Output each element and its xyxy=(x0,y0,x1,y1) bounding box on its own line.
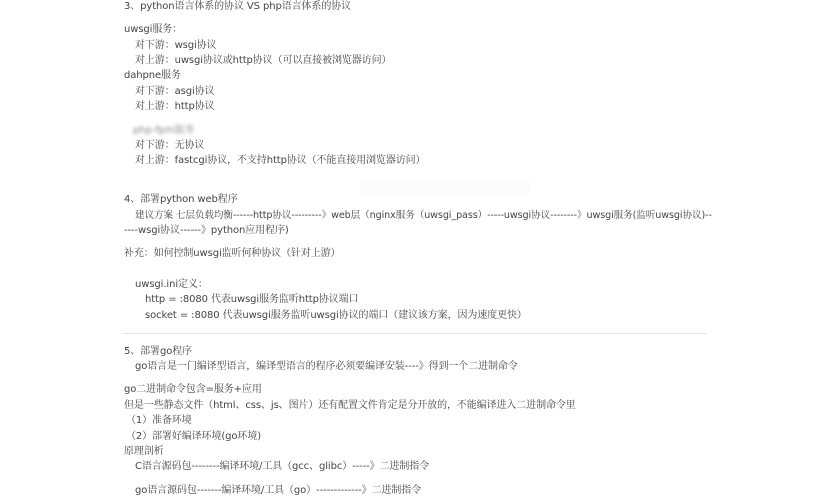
go-compiled-language-line: go语言是一门编译型语言，编译型语言的程序必须要编译安装----》得到一个二进制… xyxy=(135,360,518,373)
daphne-upstream-line: 对上游：http协议 xyxy=(135,100,215,113)
section-3-heading: 3、python语言体系的协议 VS php语言体系的协议 xyxy=(124,0,351,13)
supplement-heading: 补充：如何控制uwsgi监听何种协议（针对上游） xyxy=(124,247,340,260)
go-source-pipeline-line: go语言源码包-------编译环境/工具（go）-------------》二… xyxy=(135,484,421,497)
faint-artifact-band xyxy=(360,178,530,196)
php-fpm-downstream-line: 对下游：无协议 xyxy=(135,139,204,152)
uwsgi-service-label: uwsgi服务： xyxy=(124,23,182,36)
recommended-scheme-continuation: ----wsgi协议------》python应用程序) xyxy=(124,224,289,237)
step-1-line: （1）准备环境 xyxy=(126,414,192,427)
php-fpm-upstream-line: 对上游：fastcgi协议，不支持http协议（不能直接用浏览器访问） xyxy=(135,154,425,167)
uwsgi-ini-socket-line: socket = :8080 代表uwsgi服务监听uwsgi协议的端口（建议该… xyxy=(145,309,527,322)
daphne-downstream-line: 对下游：asgi协议 xyxy=(135,85,214,98)
c-source-pipeline-line: C语言源码包--------编译环境/工具（gcc、glibc）-----》二进… xyxy=(135,460,429,473)
recommended-scheme-line: 建议方案 七层负载均衡------http协议---------》web层（ng… xyxy=(135,209,712,222)
document-page: 3、python语言体系的协议 VS php语言体系的协议 uwsgi服务： 对… xyxy=(0,0,829,500)
static-files-line: 但是一些静态文件（html、css、js、图片）还有配置文件肯定是分开放的，不能… xyxy=(124,399,576,412)
principle-analysis-label: 原理剖析 xyxy=(124,445,164,458)
uwsgi-downstream-line: 对下游：wsgi协议 xyxy=(135,39,217,52)
section-divider xyxy=(122,333,707,334)
step-2-line: （2）部署好编译环境(go环境) xyxy=(126,430,261,443)
go-binary-contains-line: go二进制命令包含=服务+应用 xyxy=(124,383,262,396)
uwsgi-ini-label: uwsgi.ini定义： xyxy=(135,278,208,291)
daphne-service-label: dahpne服务 xyxy=(124,69,181,82)
uwsgi-ini-http-line: http = :8080 代表uwsgi服务监听http协议端口 xyxy=(145,293,358,306)
section-5-heading: 5、部署go程序 xyxy=(124,345,192,358)
php-fpm-service-label: php-fpm服务 xyxy=(133,124,194,137)
uwsgi-upstream-line: 对上游：uwsgi协议或http协议（可以直接被浏览器访问） xyxy=(135,54,391,67)
section-4-heading: 4、部署python web程序 xyxy=(124,193,238,206)
